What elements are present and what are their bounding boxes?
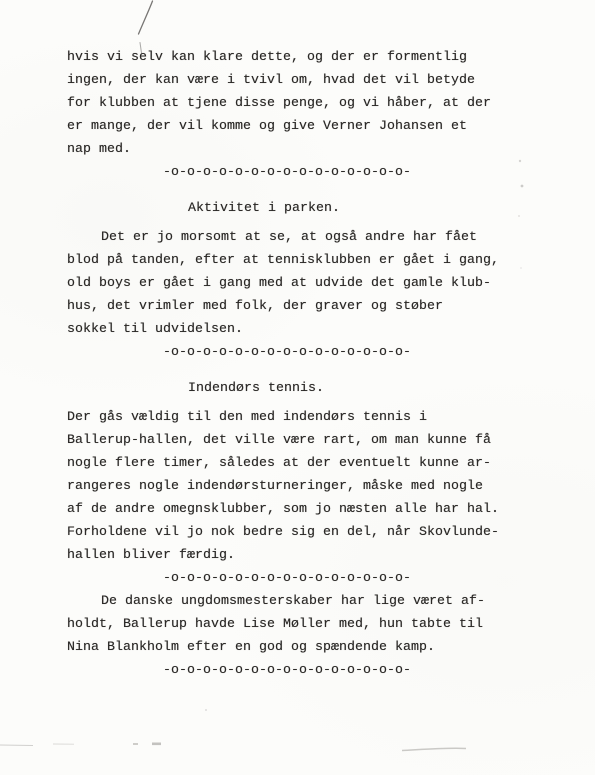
divider-line: -o-o-o-o-o-o-o-o-o-o-o-o-o-o-o- bbox=[163, 160, 575, 183]
ink-speck bbox=[205, 709, 207, 711]
text-line: Forholdene vil jo nok bedre sig en del, … bbox=[67, 520, 575, 543]
text-line: rangeres nogle indendørsturneringer, mås… bbox=[67, 474, 575, 497]
text-line: hallen bliver færdig. bbox=[67, 543, 575, 566]
divider-line: -o-o-o-o-o-o-o-o-o-o-o-o-o-o-o- bbox=[163, 340, 575, 363]
text-line: nogle flere timer, således at der eventu… bbox=[67, 451, 575, 474]
text-line: for klubben at tjene disse penge, og vi … bbox=[67, 91, 575, 114]
scanned-document-page: hvis vi selv kan klare dette, og der er … bbox=[0, 0, 595, 775]
text-line: holdt, Ballerup havde Lise Møller med, h… bbox=[67, 612, 575, 635]
scratch-line bbox=[402, 748, 466, 750]
text-line: hvis vi selv kan klare dette, og der er … bbox=[67, 45, 575, 68]
text-line: De danske ungdomsmesterskaber har lige v… bbox=[67, 589, 575, 612]
text-line: Ballerup-hallen, det ville være rart, om… bbox=[67, 428, 575, 451]
pencil-slash-mark bbox=[139, 1, 153, 34]
section-heading-indendors: Indendørs tennis. bbox=[188, 376, 575, 399]
text-line: old boys er gået i gang med at udvide de… bbox=[67, 271, 575, 294]
scratch-speck bbox=[152, 743, 161, 746]
scratch-line bbox=[0, 745, 33, 746]
divider-line: -o-o-o-o-o-o-o-o-o-o-o-o-o-o-o- bbox=[163, 566, 575, 589]
text-line: Nina Blankholm efter en god og spændende… bbox=[67, 635, 575, 658]
text-line: er mange, der vil komme og give Verner J… bbox=[67, 114, 575, 137]
text-line: sokkel til udvidelsen. bbox=[67, 317, 575, 340]
text-line: blod på tanden, efter at tennisklubben e… bbox=[67, 248, 575, 271]
scratch-speck bbox=[133, 743, 138, 745]
text-line: Det er jo morsomt at se, at også andre h… bbox=[67, 225, 575, 248]
text-line: hus, det vrimler med folk, der graver og… bbox=[67, 294, 575, 317]
text-line: Der gås vældig til den med indendørs ten… bbox=[67, 405, 575, 428]
section-heading-aktivitet: Aktivitet i parken. bbox=[188, 196, 575, 219]
text-line: ingen, der kan være i tvivl om, hvad det… bbox=[67, 68, 575, 91]
typewritten-text: hvis vi selv kan klare dette, og der er … bbox=[67, 45, 575, 681]
text-line: nap med. bbox=[67, 137, 575, 160]
text-line: af de andre omegnsklubber, som jo næsten… bbox=[67, 497, 575, 520]
divider-line: -o-o-o-o-o-o-o-o-o-o-o-o-o-o-o- bbox=[163, 658, 575, 681]
